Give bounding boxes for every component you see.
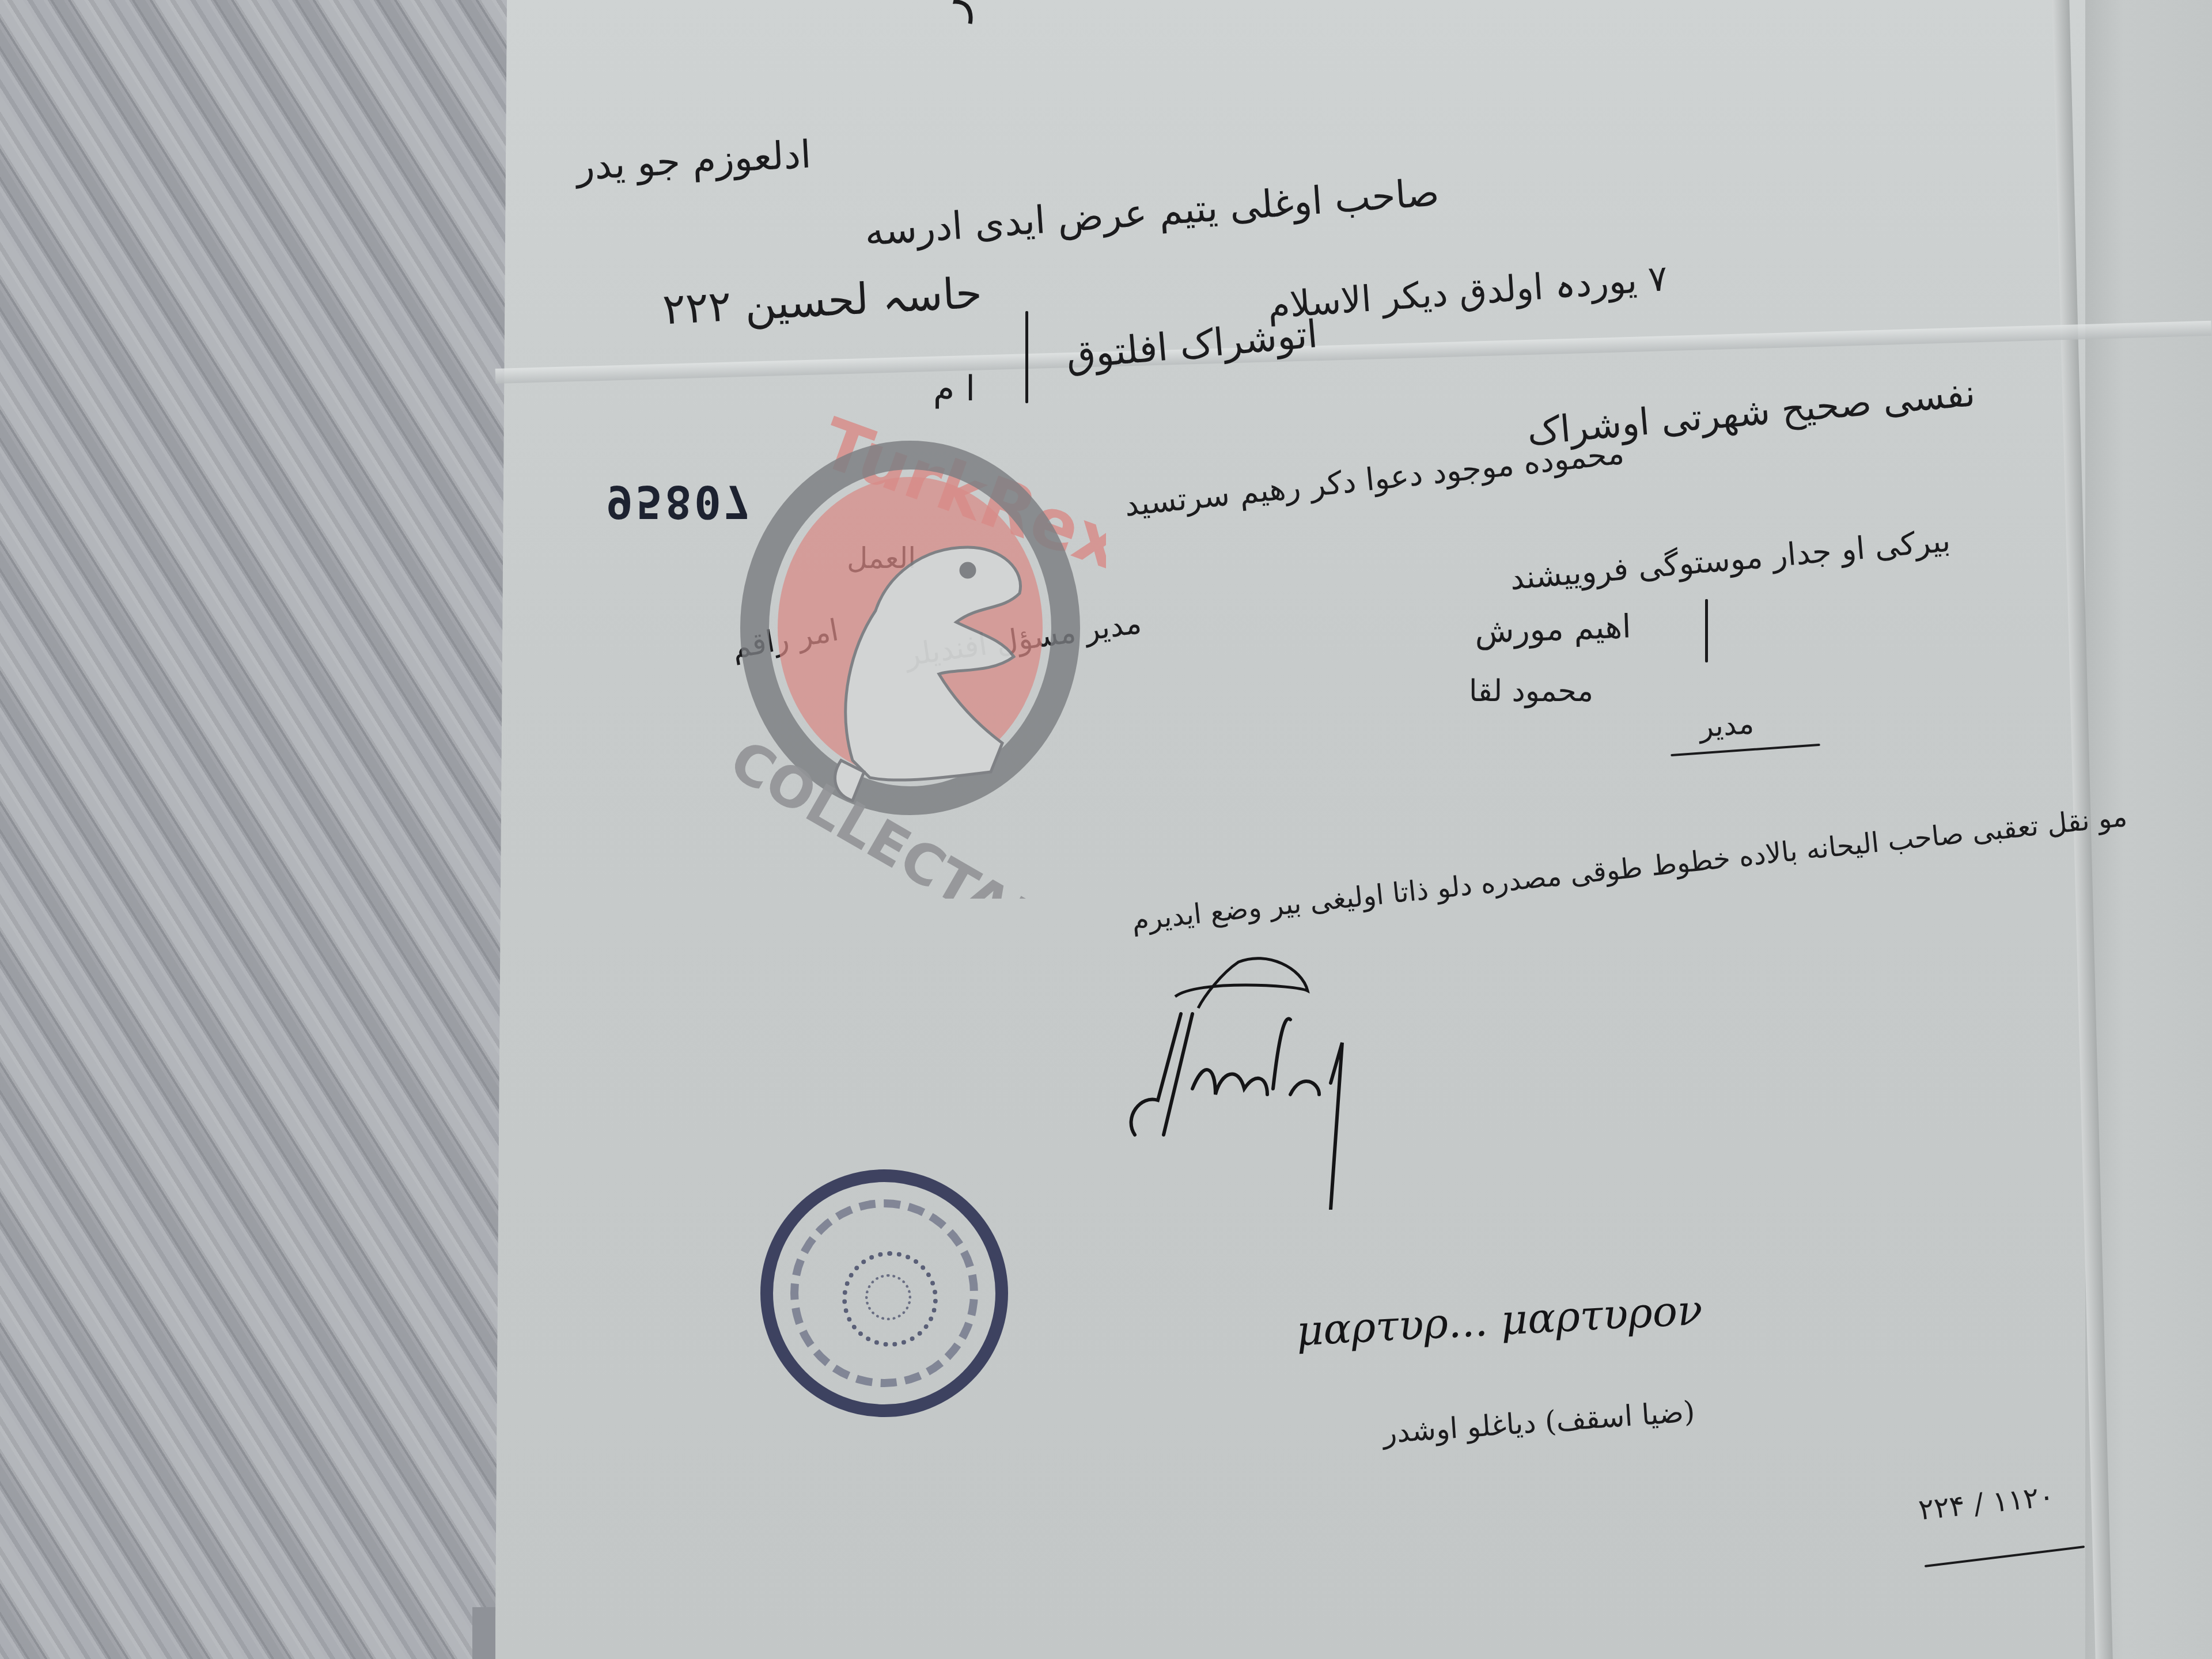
handwritten-line: اهیم مورش (1474, 608, 1631, 650)
handwritten-line: محمود لقا (1469, 674, 1593, 709)
vertical-stroke (1025, 311, 1028, 403)
official-seal-stamp (760, 1169, 1008, 1417)
signature: Nicolaidis (1123, 945, 1469, 1210)
handwritten-line: مدیر (1698, 707, 1755, 744)
turkrex-watermark: TurkRex COLLECTABLES (680, 403, 1106, 899)
vertical-stroke (1705, 599, 1708, 662)
seal-center (865, 1274, 911, 1320)
